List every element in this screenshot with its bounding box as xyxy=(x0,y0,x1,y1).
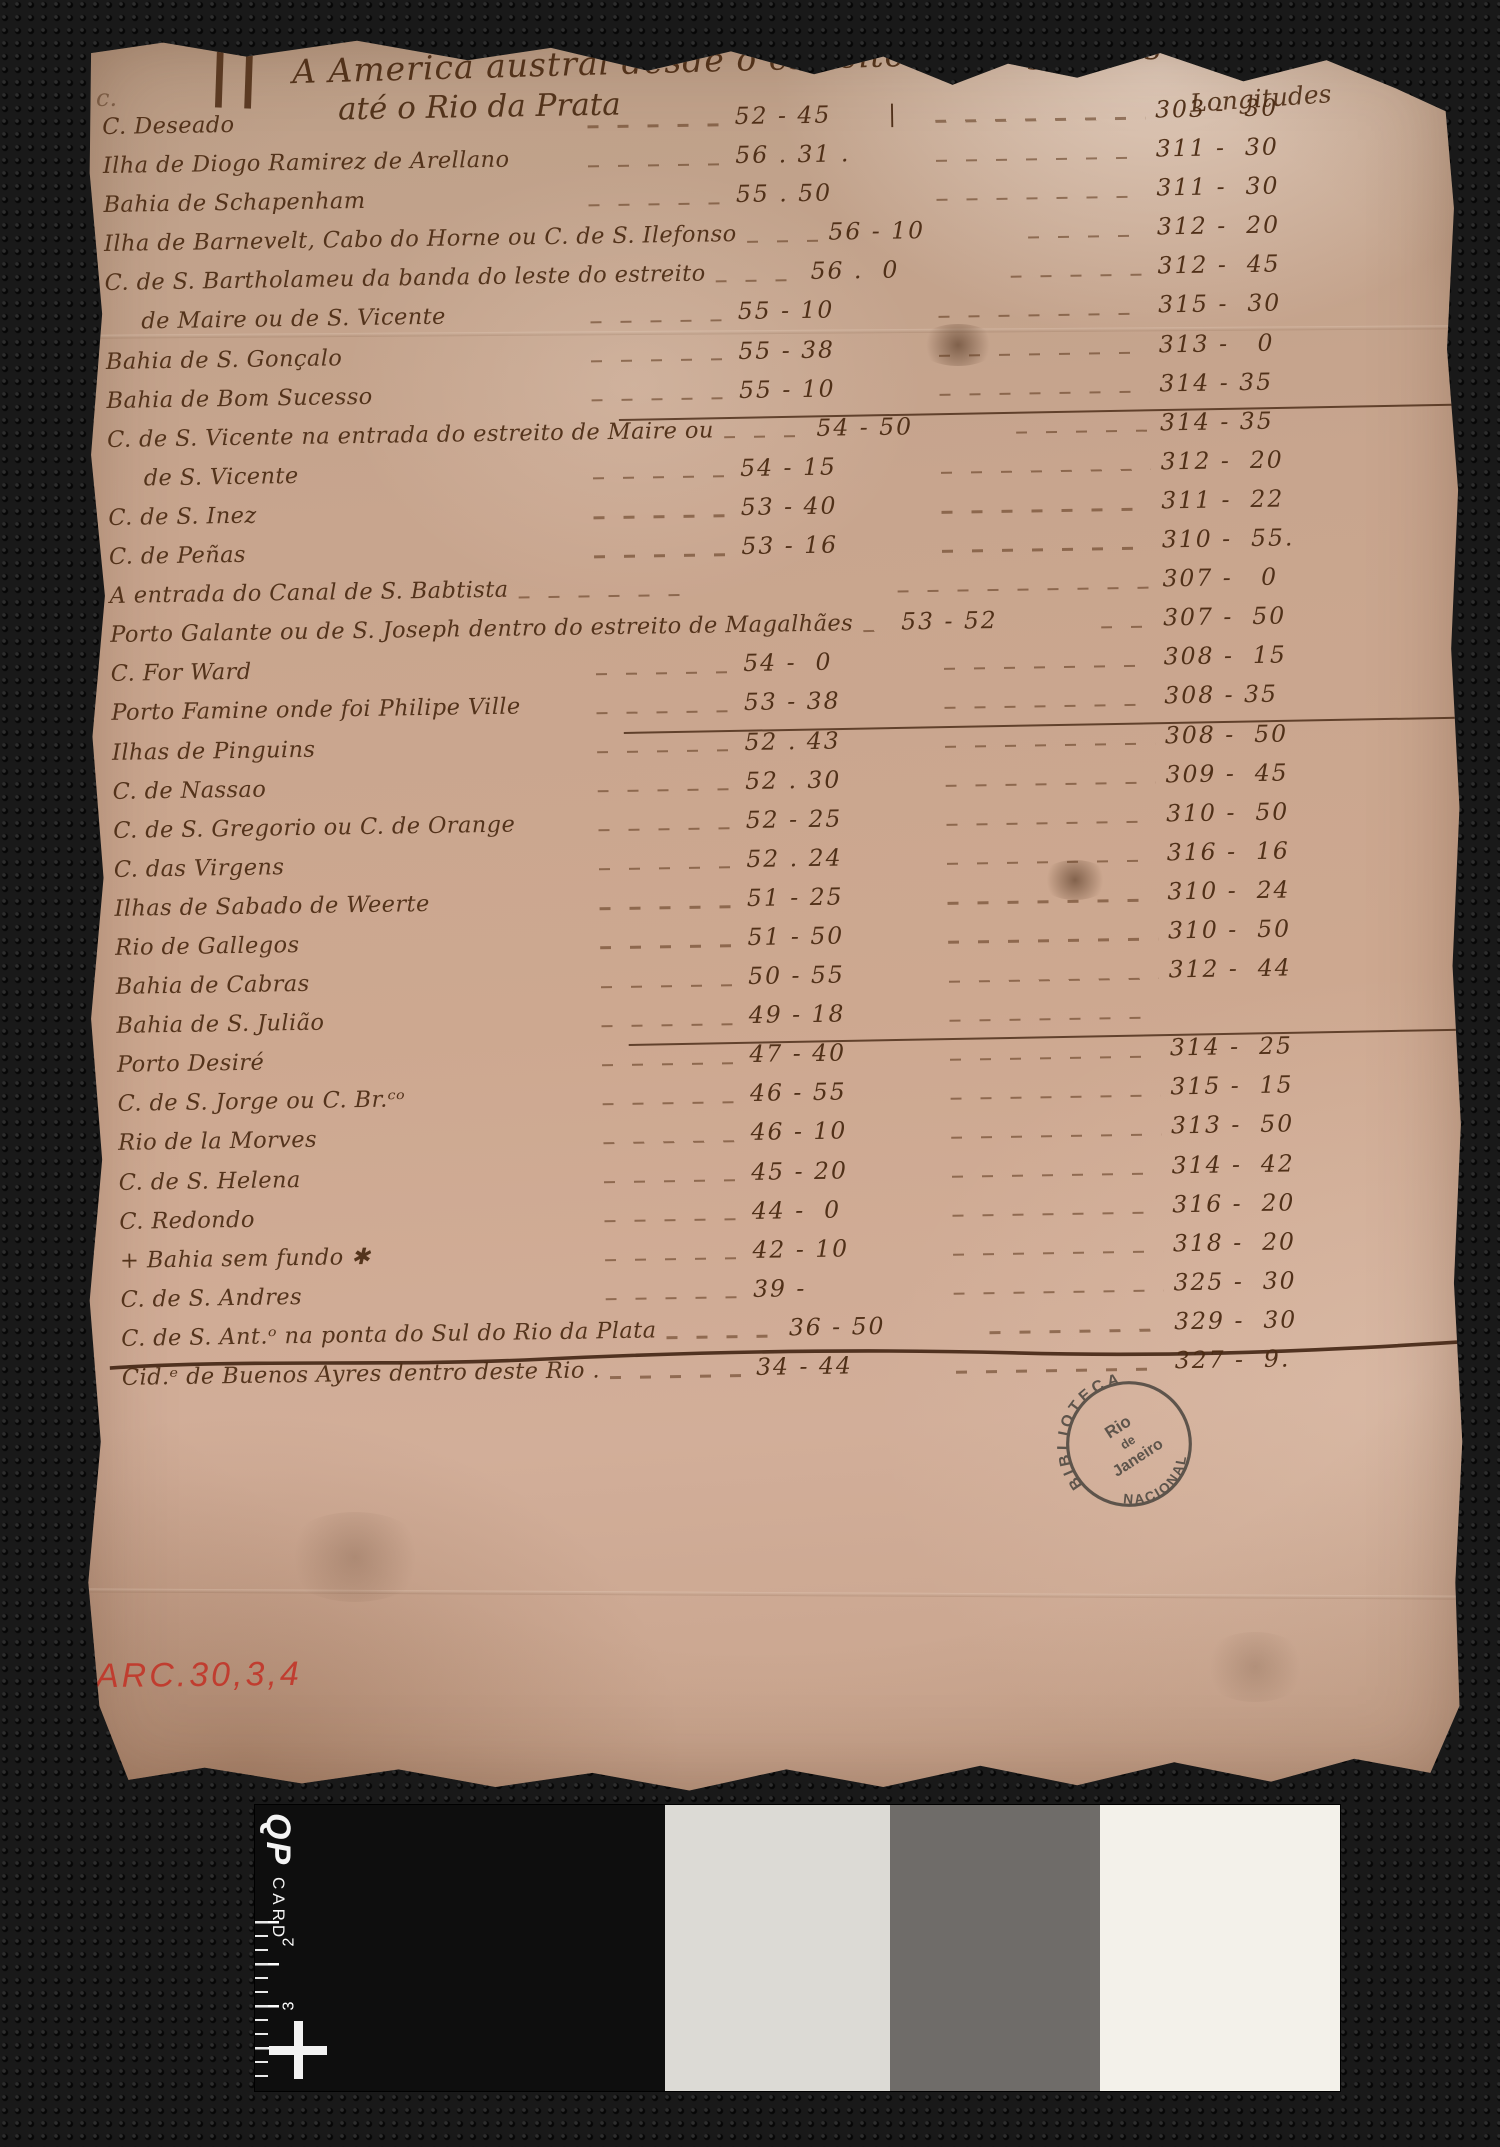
dash-leader xyxy=(593,515,731,519)
dash-leader xyxy=(593,475,731,479)
latitude-value: 55 - 38 xyxy=(738,334,928,365)
registration-cross-icon xyxy=(269,2021,327,2079)
dash-leader xyxy=(603,1101,741,1105)
place-name: Ilhas de Sabado de Weerte xyxy=(114,888,589,921)
longitude-value: 316 - 16 xyxy=(1167,834,1462,867)
place-name: Porto Famine onde foi Philipe Ville xyxy=(111,693,586,726)
longitude-value: 311 - 30 xyxy=(1155,130,1450,163)
latitude-value: 45 - 20 xyxy=(751,1154,941,1185)
dash-leader xyxy=(940,469,1151,474)
stain xyxy=(280,1512,430,1602)
dash-leader xyxy=(941,547,1152,552)
longitude-value: 308 - 50 xyxy=(1165,716,1460,749)
dash-leader xyxy=(594,554,732,558)
latitude-value: 52 . 24 xyxy=(746,842,936,873)
dash-leader xyxy=(944,703,1155,708)
longitude-value: 315 - 30 xyxy=(1158,286,1453,319)
dash-leader xyxy=(601,984,739,988)
place-name: C. de S. Gregorio ou C. de Orange xyxy=(113,810,588,843)
latitude-value: 51 - 25 xyxy=(747,881,937,912)
dash-leader xyxy=(936,195,1147,200)
latitude-value: 47 - 40 xyxy=(749,1037,939,1068)
longitude-value xyxy=(1169,1012,1464,1017)
dash-leader xyxy=(951,1133,1162,1138)
longitude-value: 313 - 0 xyxy=(1159,325,1454,358)
longitude-value: 311 - 22 xyxy=(1161,482,1456,515)
stain xyxy=(1200,1632,1310,1702)
dash-leader xyxy=(1028,234,1147,238)
dash-leader xyxy=(598,788,736,792)
latitude-value: 55 - 10 xyxy=(737,295,927,326)
latitude-value: 52 - 45 | xyxy=(734,99,924,130)
dash-leader xyxy=(946,860,1157,865)
place-name: + Bahia sem fundo ✱ xyxy=(120,1240,595,1273)
place-name: C. For Ward xyxy=(111,654,586,687)
dash-leader xyxy=(587,124,725,128)
dash-leader xyxy=(939,391,1150,396)
dash-leader xyxy=(938,352,1149,357)
dash-leader xyxy=(953,1251,1164,1256)
latitude-value: 42 - 10 xyxy=(752,1233,942,1264)
dash-leader xyxy=(596,671,734,675)
dash-leader xyxy=(606,1296,744,1300)
dash-leader xyxy=(948,938,1159,943)
latitude-value: 54 - 50 xyxy=(816,411,1006,442)
dash-leader xyxy=(949,1016,1160,1021)
calibration-white-patch xyxy=(1100,1805,1340,2091)
place-name: C. de S. Inez xyxy=(108,497,583,530)
longitude-value: 308 - 15 xyxy=(1163,638,1458,671)
margin-tally-marks: || xyxy=(207,33,268,110)
place-name: C. de S. Vicente na entrada do estreito … xyxy=(107,417,714,453)
dash-leader xyxy=(1101,625,1153,628)
calibration-black-patch: QP CARD 2 3 xyxy=(255,1805,665,2091)
dash-leader xyxy=(604,1218,742,1222)
latitude-value: 56 . 0 xyxy=(810,254,1000,285)
place-name: Bahia de Bom Sucesso xyxy=(106,380,581,413)
place-name: C. de Peñas xyxy=(109,537,584,570)
dash-leader xyxy=(590,319,728,323)
longitude-value: 310 - 24 xyxy=(1167,873,1462,906)
latitude-value: 46 - 10 xyxy=(750,1115,940,1146)
place-name: C. de S. Jorge ou C. Br.ᶜᵒ xyxy=(117,1084,592,1117)
longitude-value: 310 - 50 xyxy=(1168,912,1463,945)
dash-leader xyxy=(592,397,730,401)
dash-leader xyxy=(953,1290,1164,1295)
longitude-value: 316 - 20 xyxy=(1172,1185,1467,1218)
dash-leader xyxy=(597,749,735,753)
dash-leader xyxy=(938,313,1149,318)
dash-leader xyxy=(952,1212,1163,1217)
place-name: Rio de la Morves xyxy=(118,1123,593,1156)
dash-leader xyxy=(601,1023,739,1027)
dash-leader xyxy=(599,866,737,870)
dash-leader xyxy=(1011,273,1148,277)
longitude-value: 314 - 35 xyxy=(1159,364,1454,397)
dash-leader xyxy=(898,586,1153,592)
dash-leader xyxy=(591,358,729,362)
dash-leader xyxy=(948,977,1159,982)
dash-leader xyxy=(588,163,726,167)
latitude-value: 53 - 52 xyxy=(901,605,1091,636)
paper-crease xyxy=(80,1588,1465,1599)
coordinate-table: C. Deseado52 - 45 |303 - 30Ilha de Diogo… xyxy=(102,91,1470,1402)
latitude-value: 51 - 50 xyxy=(747,920,937,951)
longitude-value: 307 - 50 xyxy=(1163,599,1458,632)
dash-leader xyxy=(935,156,1146,161)
document-title-line1: A America austral desde o estreito de Ma… xyxy=(292,28,1163,91)
place-name: C. de S. Andres xyxy=(120,1279,595,1312)
place-name: C. Deseado xyxy=(102,107,577,140)
longitude-value: 309 - 45 xyxy=(1165,755,1460,788)
place-name: C. das Virgens xyxy=(114,849,589,882)
calibration-light-patch xyxy=(665,1805,890,2091)
latitude-value: 36 - 50 xyxy=(789,1310,979,1341)
latitude-value: 39 - xyxy=(753,1272,943,1303)
place-name: C. de S. Ant.ᵒ na ponta do Sul do Rio da… xyxy=(121,1317,657,1351)
latitude-value: 56 - 10 xyxy=(828,215,1018,246)
longitude-value: 312 - 20 xyxy=(1157,208,1452,241)
dash-leader xyxy=(863,629,891,632)
latitude-value: 54 - 0 xyxy=(743,646,933,677)
dash-leader xyxy=(947,899,1158,904)
latitude-value: 56 . 31 . xyxy=(735,138,925,169)
longitude-value: 310 - 55. xyxy=(1162,521,1457,554)
dash-leader xyxy=(935,117,1146,122)
longitude-value: 312 - 45 xyxy=(1157,247,1452,280)
longitude-value: 312 - 44 xyxy=(1168,951,1463,984)
dash-leader xyxy=(602,1062,740,1066)
dash-leader xyxy=(1016,430,1150,434)
dash-leader xyxy=(945,742,1156,747)
dash-leader xyxy=(610,1374,746,1378)
color-calibration-card: QP CARD 2 3 xyxy=(255,1805,1340,2091)
latitude-value: 52 . 43 xyxy=(744,725,934,756)
place-name: Bahia de Schapenham xyxy=(103,185,578,218)
longitude-value: 327 - 9. xyxy=(1175,1342,1470,1375)
dash-leader xyxy=(747,239,819,242)
dash-leader xyxy=(598,827,736,831)
place-name: Cid.ᵉ de Buenos Ayres dentro deste Rio . xyxy=(122,1357,600,1391)
margin-letter: c. xyxy=(96,84,117,112)
longitude-value: 314 - 42 xyxy=(1171,1146,1466,1179)
longitude-value: 313 - 50 xyxy=(1171,1107,1466,1140)
dash-leader xyxy=(600,945,738,949)
longitude-value: 325 - 30 xyxy=(1173,1263,1468,1296)
place-name: Rio de Gallegos xyxy=(115,927,590,960)
longitude-value: 312 - 20 xyxy=(1160,443,1455,476)
dash-leader xyxy=(716,279,801,283)
latitude-value: 55 . 50 xyxy=(736,177,926,208)
latitude-value: 52 - 25 xyxy=(745,803,935,834)
longitude-value: 314 - 25 xyxy=(1170,1029,1465,1062)
latitude-value: 49 - 18 xyxy=(749,998,939,1029)
longitude-value: 307 - 0 xyxy=(1162,560,1457,593)
ruler-number-2: 2 xyxy=(280,1938,298,1947)
place-name: Bahia de S. Gonçalo xyxy=(106,341,581,374)
latitude-value: 50 - 55 xyxy=(748,959,938,990)
dash-leader xyxy=(603,1140,741,1144)
latitude-value: 52 . 30 xyxy=(745,764,935,795)
longitude-value: 314 - 35 xyxy=(1160,404,1455,437)
place-name: Bahia de Cabras xyxy=(116,966,591,999)
place-name: Ilha de Diogo Ramirez de Arellano xyxy=(103,146,578,179)
manuscript-page: || c. A America austral desde o estreito… xyxy=(80,32,1465,1794)
archive-reference-code: ARC.30,3,4 xyxy=(96,1655,302,1696)
dash-leader xyxy=(951,1172,1162,1177)
dash-leader xyxy=(943,664,1154,669)
dash-leader xyxy=(667,1335,779,1339)
latitude-value: 53 - 40 xyxy=(741,490,931,521)
longitude-value: 315 - 15 xyxy=(1170,1068,1465,1101)
place-name: C. de Nassao xyxy=(112,771,587,804)
latitude-value: 54 - 15 xyxy=(740,451,930,482)
dash-leader xyxy=(949,1055,1160,1060)
place-name: Ilhas de Pinguins xyxy=(112,732,587,765)
place-name: Porto Desiré xyxy=(117,1045,592,1078)
place-name: de Maire ou de S. Vicente xyxy=(141,302,580,335)
latitude-value: 46 - 55 xyxy=(750,1076,940,1107)
latitude-value: 34 - 44 xyxy=(756,1350,946,1381)
dash-leader xyxy=(596,710,734,714)
dash-leader xyxy=(519,593,688,598)
longitude-value: 311 - 30 xyxy=(1156,169,1451,202)
dash-leader xyxy=(950,1094,1161,1099)
place-name: C. Redondo xyxy=(119,1201,594,1234)
qpcard-logo-qp: QP xyxy=(259,1813,297,1866)
dash-leader xyxy=(941,508,1152,513)
longitude-value: 308 - 35 xyxy=(1164,677,1459,710)
dash-leader xyxy=(989,1329,1164,1334)
dash-leader xyxy=(600,905,738,909)
place-name: C. de S. Helena xyxy=(119,1162,594,1195)
dash-leader xyxy=(945,782,1156,787)
latitude-value: 44 - 0 xyxy=(752,1194,942,1225)
place-name: Bahia de S. Julião xyxy=(116,1006,591,1039)
place-name: C. de S. Bartholameu da banda do leste d… xyxy=(104,261,705,296)
latitude-value: 53 - 38 xyxy=(744,685,934,716)
dash-leader xyxy=(946,821,1157,826)
dash-leader xyxy=(724,435,807,438)
ruler-number-3: 3 xyxy=(280,2002,298,2011)
longitude-value: 329 - 30 xyxy=(1174,1303,1469,1336)
dash-leader xyxy=(605,1257,743,1261)
dash-leader xyxy=(589,202,727,206)
latitude-value xyxy=(698,591,888,594)
calibration-gray-patch xyxy=(890,1805,1100,2091)
longitude-value: 310 - 50 xyxy=(1166,794,1461,827)
place-name: de S. Vicente xyxy=(144,458,583,491)
longitude-value: 318 - 20 xyxy=(1173,1224,1468,1257)
latitude-value: 53 - 16 xyxy=(741,529,931,560)
dash-leader xyxy=(604,1179,742,1183)
latitude-value: 55 - 10 xyxy=(739,373,929,404)
longitude-value: 303 - 30 xyxy=(1155,91,1450,124)
place-name: A entrada do Canal de S. Babtista xyxy=(109,577,508,609)
